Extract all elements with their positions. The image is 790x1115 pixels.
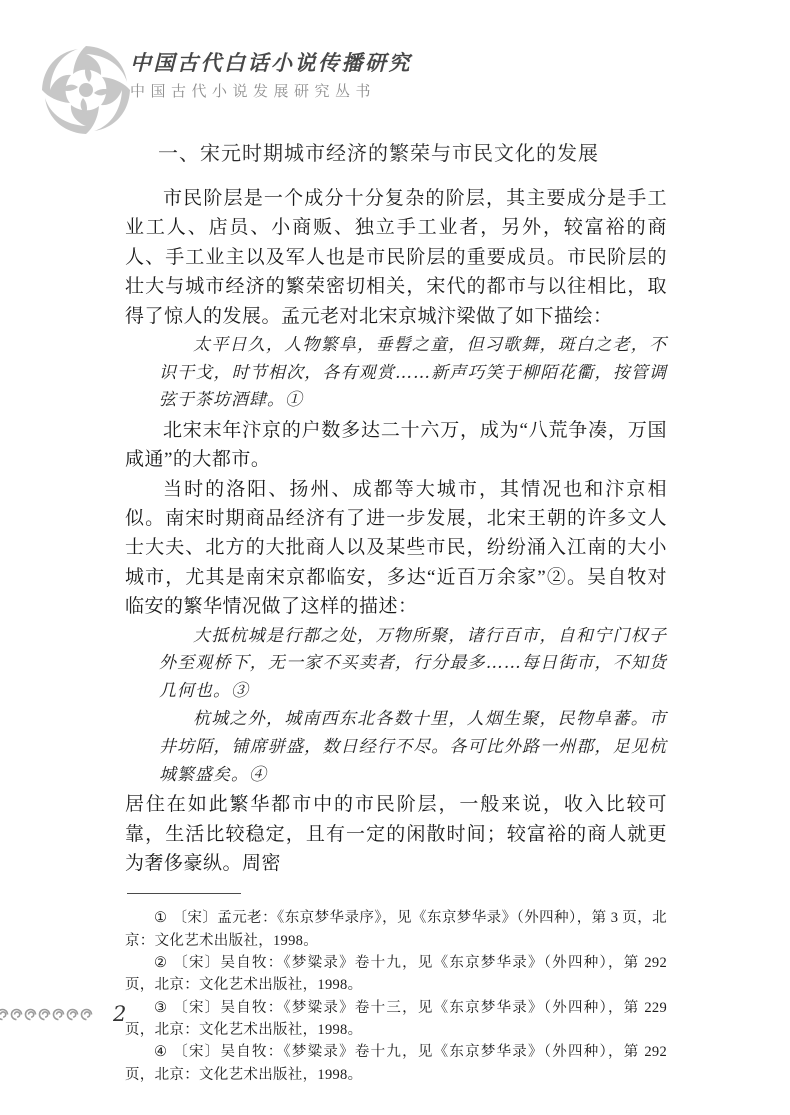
footnote-marker: ④	[154, 1044, 168, 1060]
book-page: 中国古代白话小说传播研究 中国古代小说发展研究丛书 一、宋元时期城市经济的繁荣与…	[0, 0, 790, 1115]
footnote: ①〔宋〕孟元老：《东京梦华录序》，见《东京梦华录》（外四种），第 3 页，北京：…	[125, 907, 667, 952]
footnote-marker: ②	[154, 955, 168, 971]
publisher-logo-icon	[40, 44, 132, 136]
footnote-text: 〔宋〕吴自牧：《梦粱录》卷十九，见《东京梦华录》（外四种），第 292 页，北京…	[125, 955, 667, 993]
body-paragraph: 当时的洛阳、扬州、成都等大城市，其情况也和汴京相似。南宋时期商品经济有了进一步发…	[125, 475, 667, 622]
page-number: 2	[113, 1002, 126, 1026]
section-heading: 一、宋元时期城市经济的繁荣与市民文化的发展	[125, 141, 667, 167]
footnote-text: 〔宋〕吴自牧：《梦粱录》卷十九，见《东京梦华录》（外四种），第 292 页，北京…	[125, 1044, 667, 1082]
series-title-main: 中国古代白话小说传播研究	[130, 50, 590, 76]
block-quote: 太平日久，人物繁阜，垂髫之童，但习歌舞，斑白之老，不识干戈，时节相次，各有观赏……	[159, 332, 667, 415]
series-title-sub: 中国古代小说发展研究丛书	[130, 83, 590, 101]
footnote-marker: ①	[154, 910, 167, 926]
footer-ornament-icon	[0, 1007, 102, 1022]
footnote: ②〔宋〕吴自牧：《梦粱录》卷十九，见《东京梦华录》（外四种），第 292 页，北…	[125, 952, 667, 997]
block-quote: 大抵杭城是行都之处，万物所聚，诸行百市，自和宁门权子外至观桥下，无一家不买卖者，…	[159, 623, 667, 706]
body-paragraph-continuation: 居住在如此繁华都市中的市民阶层，一般来说，收入比较可靠，生活比较稳定，且有一定的…	[125, 790, 667, 878]
footnotes-section: ①〔宋〕孟元老：《东京梦华录序》，见《东京梦华录》（外四种），第 3 页，北京：…	[125, 907, 667, 1085]
series-titles: 中国古代白话小说传播研究 中国古代小说发展研究丛书	[130, 50, 590, 101]
footnote-text: 〔宋〕孟元老：《东京梦华录序》，见《东京梦华录》（外四种），第 3 页，北京：文…	[125, 910, 667, 948]
block-quote: 杭城之外，城南西东北各数十里，人烟生聚，民物阜蕃。市井坊陌，铺席骈盛，数日经行不…	[159, 706, 667, 789]
page-body: 一、宋元时期城市经济的繁荣与市民文化的发展 市民阶层是一个成分十分复杂的阶层，其…	[125, 141, 667, 1086]
page-footer: 2	[0, 1000, 300, 1028]
footnote: ④〔宋〕吴自牧：《梦粱录》卷十九，见《东京梦华录》（外四种），第 292 页，北…	[125, 1041, 667, 1086]
body-paragraph: 市民阶层是一个成分十分复杂的阶层，其主要成分是手工业工人、店员、小商贩、独立手工…	[125, 184, 667, 331]
body-paragraph: 北宋末年汴京的户数多达二十六万，成为“八荒争凑，万国咸通”的大都市。	[125, 416, 667, 475]
footnote-separator	[127, 893, 241, 894]
page-header: 中国古代白话小说传播研究 中国古代小说发展研究丛书	[40, 44, 600, 139]
